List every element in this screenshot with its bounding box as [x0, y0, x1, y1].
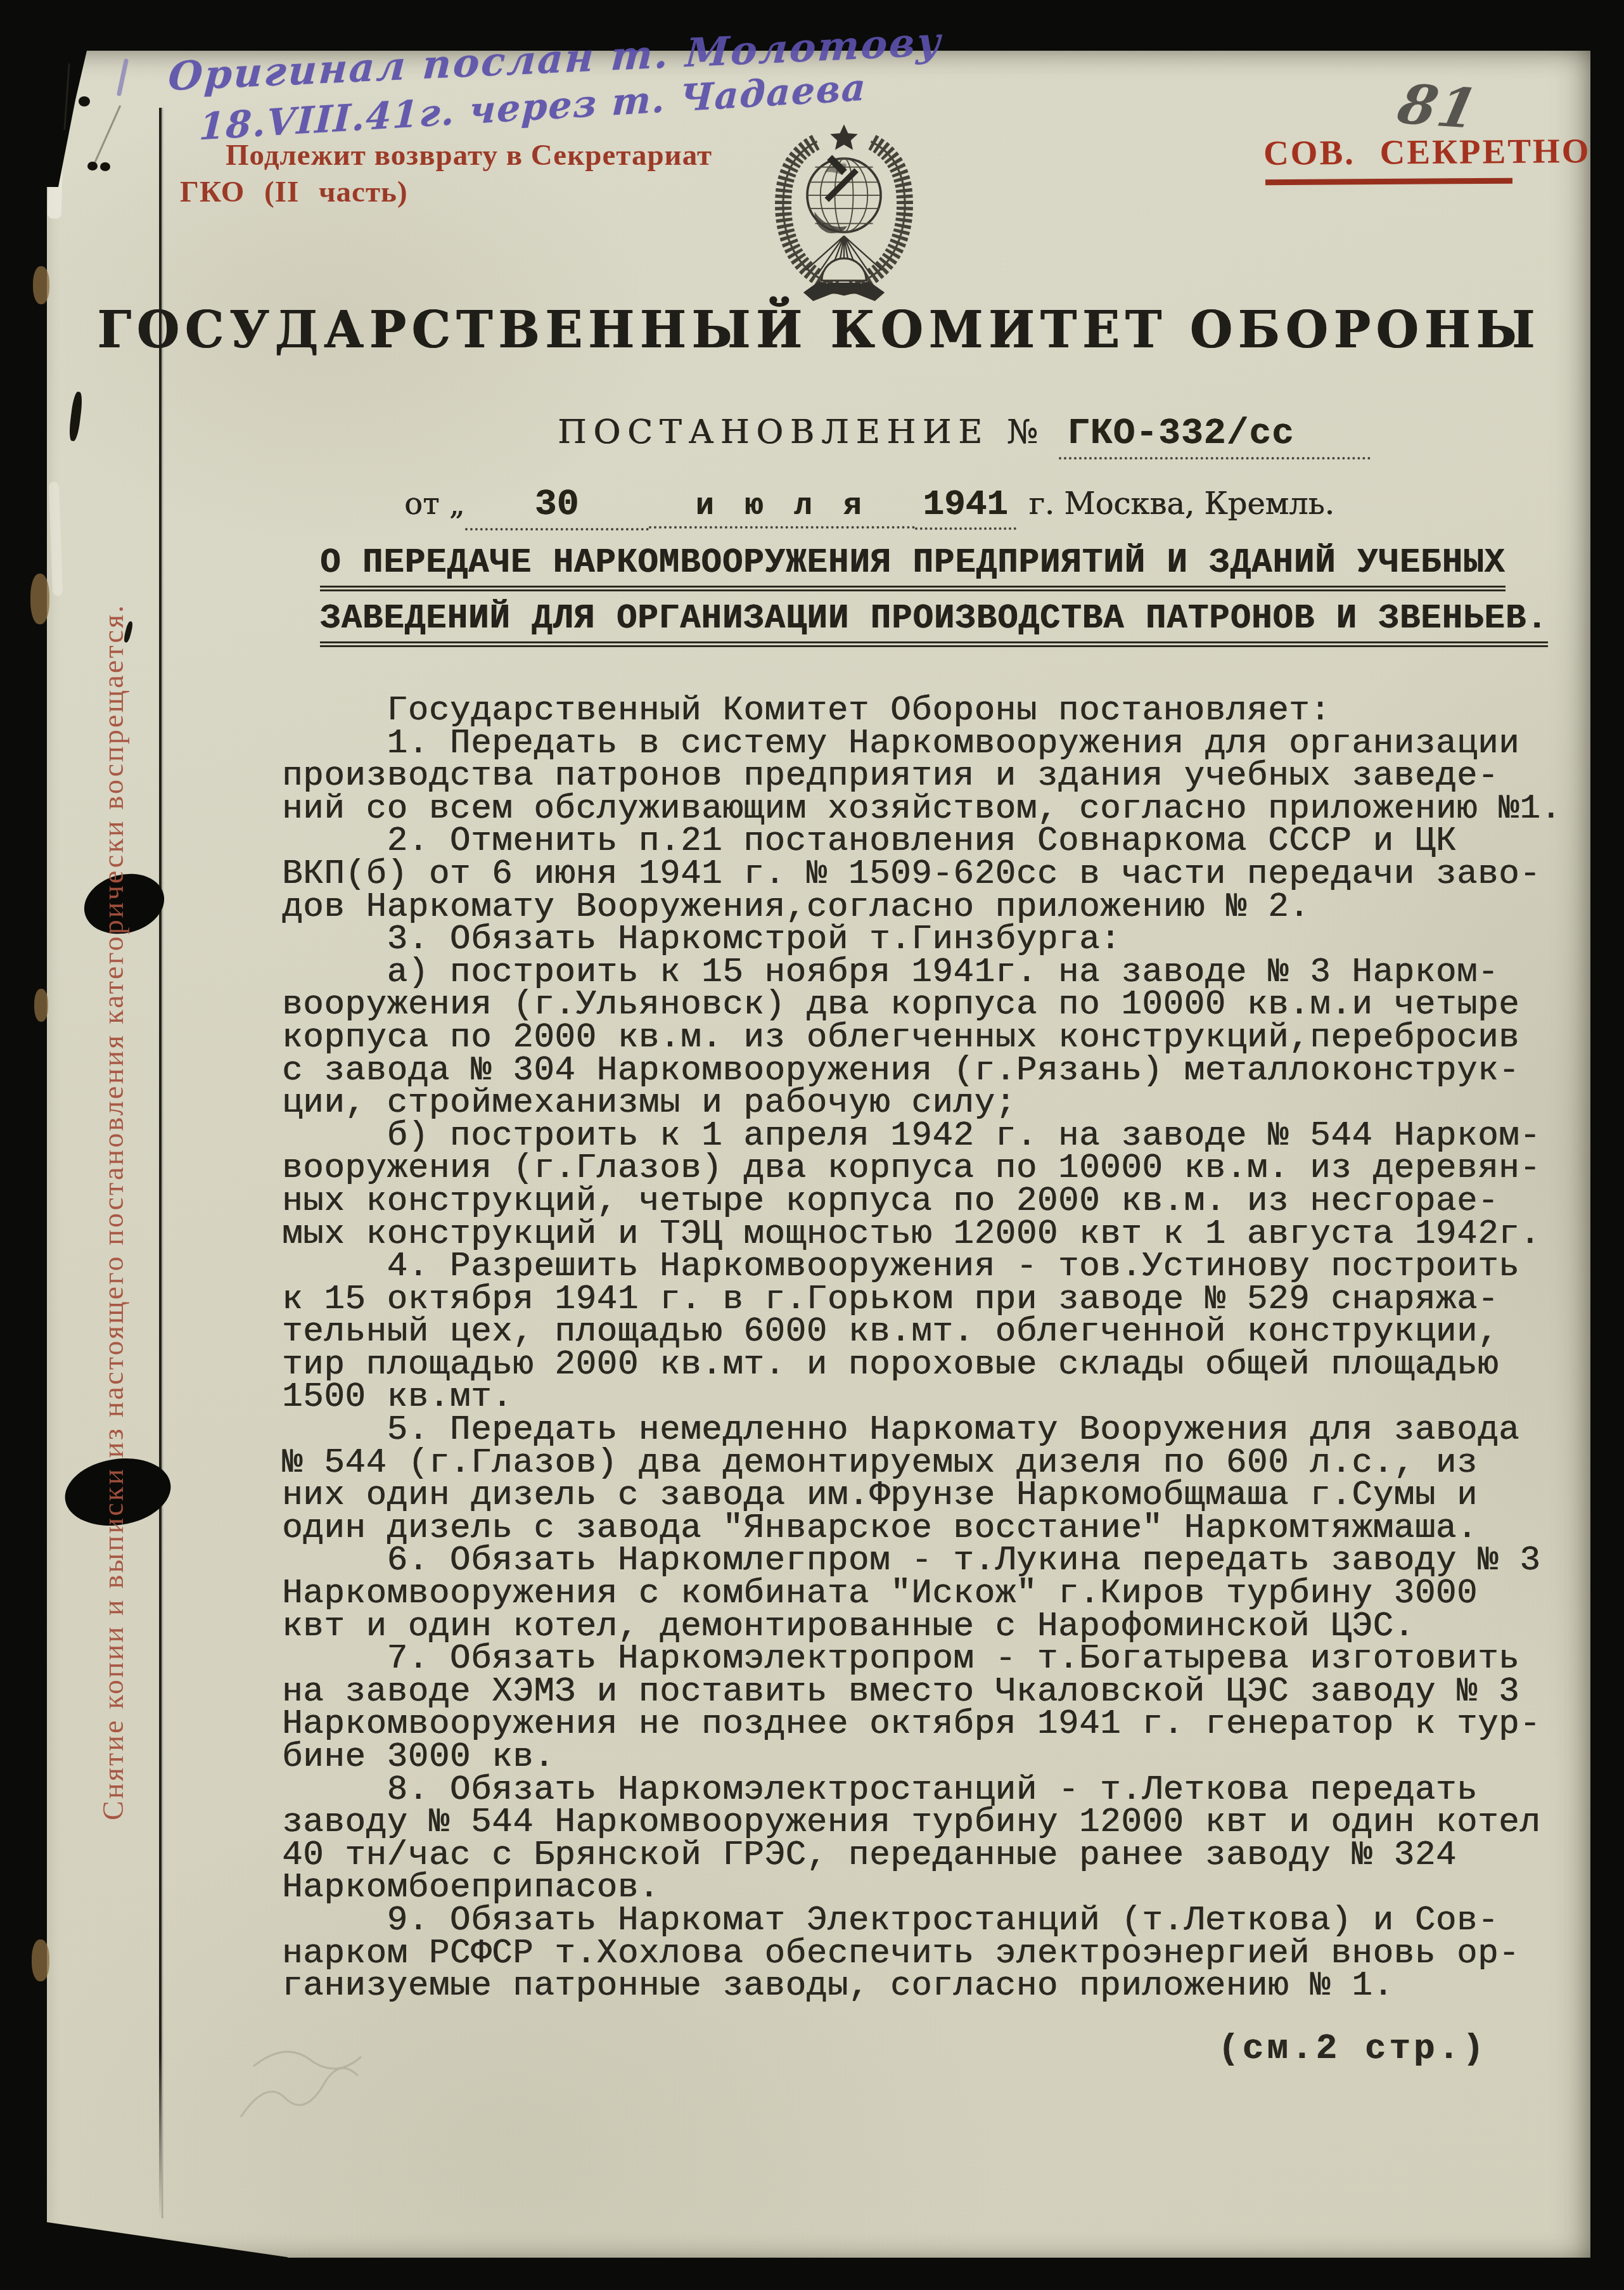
body-line: корпуса по 2000 кв.м. из облегченных кон… [282, 1022, 1556, 1055]
body-line: 9. Обязать Наркомат Электростанций (т.Ле… [282, 1905, 1556, 1938]
date-prefix: от „ [404, 486, 465, 522]
body-line: производства патронов предприятия и здан… [282, 760, 1556, 793]
document-type-label: ПОСТАНОВЛЕНИЕ № [558, 413, 1045, 451]
body-line: 5. Передать немедленно Наркомату Вооруже… [282, 1414, 1556, 1447]
torn-edge-chip [32, 1939, 49, 1981]
scanned-document: { "colors": { "paper": "#d6d4c1", "stamp… [0, 0, 1624, 2290]
resolution-number: ГКО-332/сс [1059, 413, 1371, 460]
body-line: Наркомвооружения не позднее октября 1941… [282, 1708, 1556, 1741]
staple-hole [87, 162, 98, 170]
torn-edge-chip [33, 266, 49, 304]
subject-line-2: ЗАВЕДЕНИЙ ДЛЯ ОРГАНИЗАЦИИ ПРОИЗВОДСТВА П… [320, 600, 1548, 647]
body-line: ВКП(б) от 6 июня 1941 г. № 1509-620сс в … [282, 858, 1556, 891]
date-month: и ю л я [649, 489, 915, 529]
body-line: 4. Разрешить Наркомвооружения - тов.Усти… [282, 1251, 1556, 1283]
margin-restriction-note: Снятие копии и выписки из настоящего пос… [96, 518, 129, 1820]
body-line: на заводе ХЭМЗ и поставить вместо Чкалов… [282, 1676, 1556, 1709]
ussr-coat-of-arms-icon [755, 119, 933, 303]
body-line: к 15 октября 1941 г. в г.Горьком при зав… [282, 1283, 1556, 1316]
body-line: дов Наркомату Вооружения,согласно прилож… [282, 891, 1556, 924]
body-line: 1. Передать в систему Наркомвооружения д… [282, 728, 1556, 761]
body-line: № 544 (г.Глазов) два демонтируемых дизел… [282, 1447, 1556, 1480]
torn-edge-chip [34, 989, 48, 1022]
subject-line-1: О ПЕРЕДАЧЕ НАРКОМВООРУЖЕНИЯ ПРЕДПРИЯТИЙ … [320, 544, 1506, 591]
body-line: 7. Обязать Наркомэлектропром - т.Богатыр… [282, 1643, 1556, 1676]
body-line: 1500 кв.мт. [282, 1381, 1556, 1414]
staple-hole [79, 96, 90, 106]
date-place: г. Москва, Кремль. [1029, 486, 1334, 522]
body-line: бине 3000 кв. [282, 1741, 1556, 1774]
torn-edge-chip [30, 574, 49, 624]
body-line: Наркомвооружения с комбината "Искож" г.К… [282, 1578, 1556, 1611]
resolution-line: ПОСТАНОВЛЕНИЕ № ГКО-332/сс [558, 413, 1371, 460]
date-year: 1941 [915, 484, 1016, 530]
classification-stamp: СОВ. СЕКРЕТНО [1263, 131, 1591, 173]
body-line: ции, строймеханизмы и рабочую силу; [282, 1087, 1556, 1120]
body-line: ных конструкций, четыре корпуса по 2000 … [282, 1185, 1556, 1218]
return-stamp-line-2: ГКО (II часть) [180, 175, 712, 209]
body-line: вооружения (г.Ульяновск) два корпуса по … [282, 989, 1556, 1022]
return-stamp-line-1: Подлежит возврату в Секретариат [226, 138, 712, 172]
body-line: а) построить к 15 ноября 1941г. на завод… [282, 956, 1556, 989]
date-line: от „ 30 и ю л я 1941 г. Москва, Кремль. [404, 484, 1334, 531]
body-line: заводу № 544 Наркомвооружения турбину 12… [282, 1806, 1556, 1839]
body-line: квт и один котел, демонтированные с Наро… [282, 1611, 1556, 1644]
body-line: нарком РСФСР т.Хохлова обеспечить электр… [282, 1938, 1556, 1971]
body-line: б) построить к 1 апреля 1942 г. на завод… [282, 1120, 1556, 1153]
body-line: них один дизель с завода им.Фрунзе Нарко… [282, 1479, 1556, 1512]
staple-hole [100, 162, 110, 171]
body-line: Государственный Комитет Обороны постанов… [282, 695, 1556, 728]
body-text: Государственный Комитет Обороны постанов… [282, 695, 1556, 2003]
body-line: мых конструкций и ТЭЦ мощностью 12000 кв… [282, 1218, 1556, 1251]
page-number-pencil: 81 [1393, 72, 1485, 141]
organization-title: ГОСУДАРСТВЕННЫЙ КОМИТЕТ ОБОРОНЫ [47, 300, 1590, 360]
body-line: тельный цех, площадью 6000 кв.мт. облегч… [282, 1316, 1556, 1349]
subject-heading: О ПЕРЕДАЧЕ НАРКОМВООРУЖЕНИЯ ПРЕДПРИЯТИЙ … [320, 544, 1548, 655]
return-stamp: Подлежит возврату в Секретариат ГКО (II … [226, 138, 712, 209]
body-line: Наркомбоеприпасов. [282, 1872, 1556, 1905]
page-edge-line [159, 108, 162, 2218]
body-line: 40 тн/час с Брянской ГРЭС, переданные ра… [282, 1839, 1556, 1872]
body-line: 6. Обязать Наркомлегпром - т.Лукина пере… [282, 1545, 1556, 1578]
pencil-scribble [228, 1990, 494, 2155]
body-line: ний со всем обслуживающим хозяйством, со… [282, 793, 1556, 826]
body-line: один дизель с завода "Январское восстани… [282, 1512, 1556, 1545]
body-line: тир площадью 2000 кв.мт. и пороховые скл… [282, 1349, 1556, 1382]
body-line: с завода № 304 Наркомвооружения (г.Рязан… [282, 1055, 1556, 1088]
body-line: 2. Отменить п.21 постановления Совнарком… [282, 825, 1556, 858]
body-line: 8. Обязать Наркомэлектростанций - т.Летк… [282, 1774, 1556, 1807]
body-line: вооружения (г.Глазов) два корпуса по 100… [282, 1152, 1556, 1185]
date-day: 30 [465, 484, 649, 531]
body-line: 3. Обязать Наркомстрой т.Гинзбурга: [282, 923, 1556, 956]
see-next-page-note: (см.2 стр.) [1218, 2028, 1487, 2069]
